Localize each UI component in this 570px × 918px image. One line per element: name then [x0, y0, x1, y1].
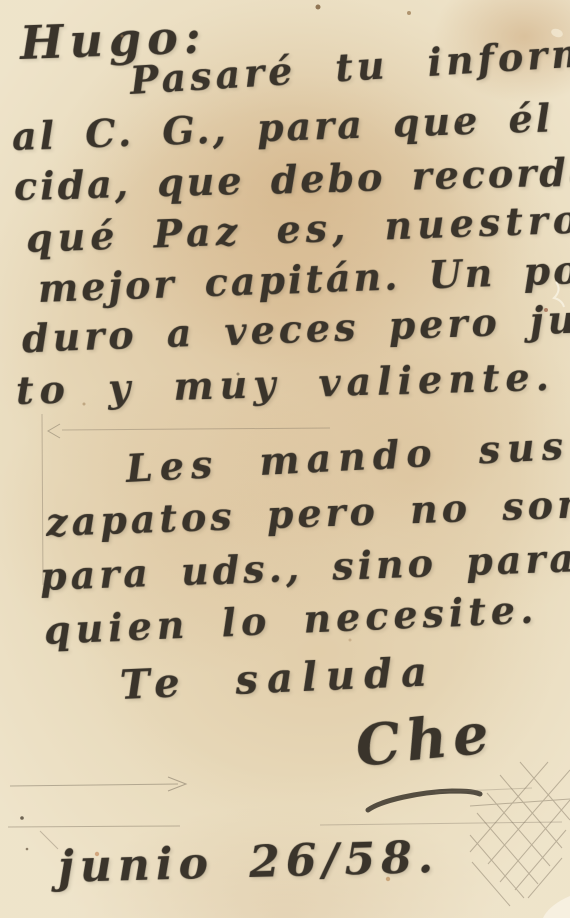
signature-underline-mark — [368, 788, 532, 810]
closing-line: Te saluda — [119, 648, 437, 709]
letter-line: Les mando sus — [125, 423, 570, 491]
date-line: junio 26/58. — [57, 832, 439, 893]
letter-line: zapatos pero no son — [45, 481, 570, 545]
letter-page: Hugo: Pasaré tu informe al C. G., para q… — [0, 0, 570, 918]
crosshatch-mark — [470, 762, 570, 906]
signature: Che — [353, 700, 498, 780]
letter-line: to y muy valiente. — [15, 354, 555, 413]
letter-line: quien lo necesite. — [43, 586, 539, 653]
letter-line: al C. G., para que él de- — [11, 91, 570, 158]
